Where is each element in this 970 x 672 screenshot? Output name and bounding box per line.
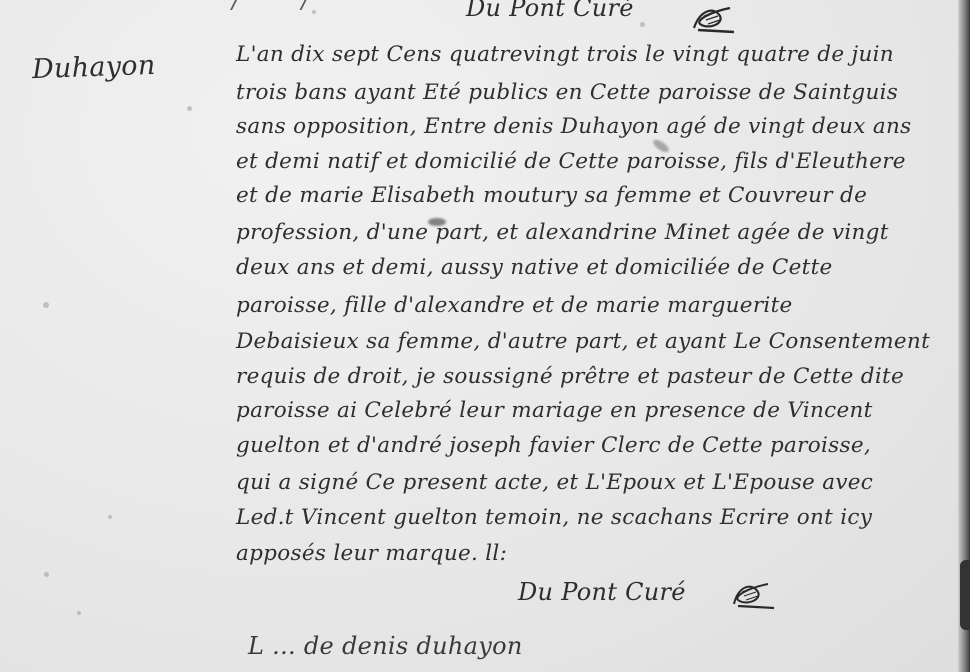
paper-speck [187, 106, 192, 111]
record-line: L'an dix sept Cens quatrevingt trois le … [236, 42, 894, 67]
margin-name: Duhayon [31, 50, 156, 85]
record-line: paroisse, fille d'alexandre et de marie … [236, 293, 793, 318]
paper-speck [108, 515, 112, 519]
paper-speck [77, 611, 81, 615]
signature-paraph-icon [690, 2, 736, 34]
record-line: et demi natif et domicilié de Cette paro… [236, 149, 906, 174]
header-signature: Du Pont Curé [466, 0, 634, 22]
record-line: paroisse ai Celebré leur mariage en pres… [236, 398, 873, 423]
record-line: requis de droit, je soussigné prêtre et … [236, 364, 904, 389]
paper-speck [44, 572, 49, 577]
record-line: et de marie Elisabeth moutury sa femme e… [236, 183, 867, 208]
record-line: deux ans et demi, aussy native et domici… [236, 255, 833, 280]
record-line: guelton et d'andré joseph favier Clerc d… [236, 433, 871, 458]
closing-signature: Du Pont Curé [518, 578, 686, 606]
paper-speck [640, 22, 645, 27]
binding-shadow [960, 560, 970, 630]
next-entry-fragment: L ... de denis duhayon [248, 632, 523, 660]
previous-entry-fragment: / / [232, 0, 310, 14]
signature-paraph-icon [730, 580, 776, 612]
record-line: trois bans ayant Eté publics en Cette pa… [236, 80, 898, 105]
record-line: sans opposition, Entre denis Duhayon agé… [236, 114, 911, 139]
paper-speck [312, 10, 316, 14]
record-line: apposés leur marque. ll: [236, 541, 507, 566]
record-line: Debaisieux sa femme, d'autre part, et ay… [236, 329, 930, 354]
paper-speck [43, 302, 49, 308]
register-page-scan: / / Du Pont Curé Duhayon L'an dix sept C… [0, 0, 970, 672]
record-line: qui a signé Ce present acte, et L'Epoux … [236, 470, 873, 495]
record-line: profession, d'une part, et alexandrine M… [236, 220, 889, 245]
record-line: Led.t Vincent guelton temoin, ne scachan… [236, 505, 872, 530]
